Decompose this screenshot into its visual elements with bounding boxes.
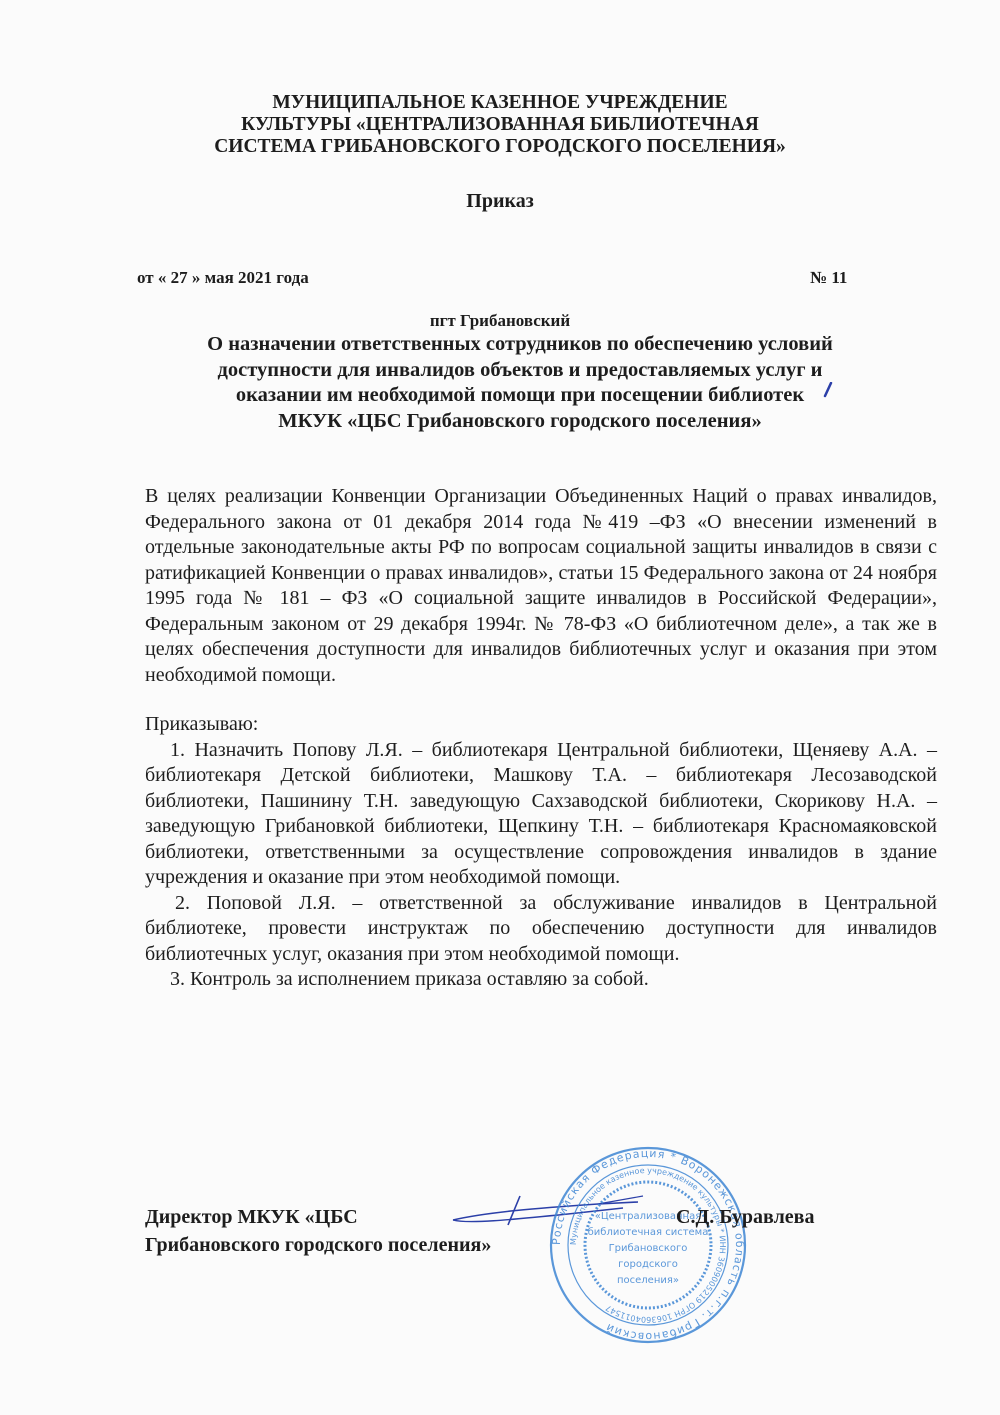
order-document-page: МУНИЦИПАЛЬНОЕ КАЗЕННОЕ УЧРЕЖДЕНИЕ КУЛЬТУ… [0,0,1000,1415]
document-date: от « 27 » мая 2021 года [137,268,309,288]
order-item-1: 1. Назначить Попову Л.Я. – библиотекаря … [145,738,937,891]
header-line: КУЛЬТУРЫ «ЦЕНТРАЛИЗОВАННАЯ БИБЛИОТЕЧНАЯ [0,114,1000,136]
svg-text:Грибановского: Грибановского [609,1243,688,1254]
order-item-2: 2. Поповой Л.Я. – ответственной за обслу… [145,891,937,968]
subject-line: О назначении ответственных сотрудников п… [120,332,920,358]
header-line: МУНИЦИПАЛЬНОЕ КАЗЕННОЕ УЧРЕЖДЕНИЕ [0,92,1000,114]
position-line: Грибановского городского поселения» [145,1231,491,1259]
order-subject: О назначении ответственных сотрудников п… [120,332,920,434]
organization-header: МУНИЦИПАЛЬНОЕ КАЗЕННОЕ УЧРЕЖДЕНИЕ КУЛЬТУ… [0,92,1000,158]
order-item-3: 3. Контроль за исполнением приказа остав… [145,967,937,993]
position-line: Директор МКУК «ЦБС [145,1203,491,1231]
preamble-paragraph: В целях реализации Конвенции Организации… [145,484,937,688]
document-type-title: Приказ [0,190,1000,213]
header-line: СИСТЕМА ГРИБАНОВСКОГО ГОРОДСКОГО ПОСЕЛЕН… [0,136,1000,158]
order-word: Приказываю: [145,712,937,738]
document-place: пгт Грибановский [0,311,1000,331]
subject-line: оказании им необходимой помощи при посещ… [120,383,920,409]
pen-mark-icon [822,382,834,398]
signatory-position: Директор МКУК «ЦБС Грибановского городск… [145,1203,491,1259]
subject-line: доступности для инвалидов объектов и пре… [120,358,920,384]
document-number: № 11 [810,268,847,288]
signer-name: С.Д. Буравлева [676,1203,815,1231]
svg-text:городского: городского [618,1259,678,1270]
official-seal-icon: Российская Федерация * Воронежская облас… [548,1145,748,1345]
subject-line: МКУК «ЦБС Грибановского городского посел… [120,409,920,435]
order-body: В целях реализации Конвенции Организации… [145,484,937,993]
svg-text:поселения»: поселения» [617,1275,679,1286]
